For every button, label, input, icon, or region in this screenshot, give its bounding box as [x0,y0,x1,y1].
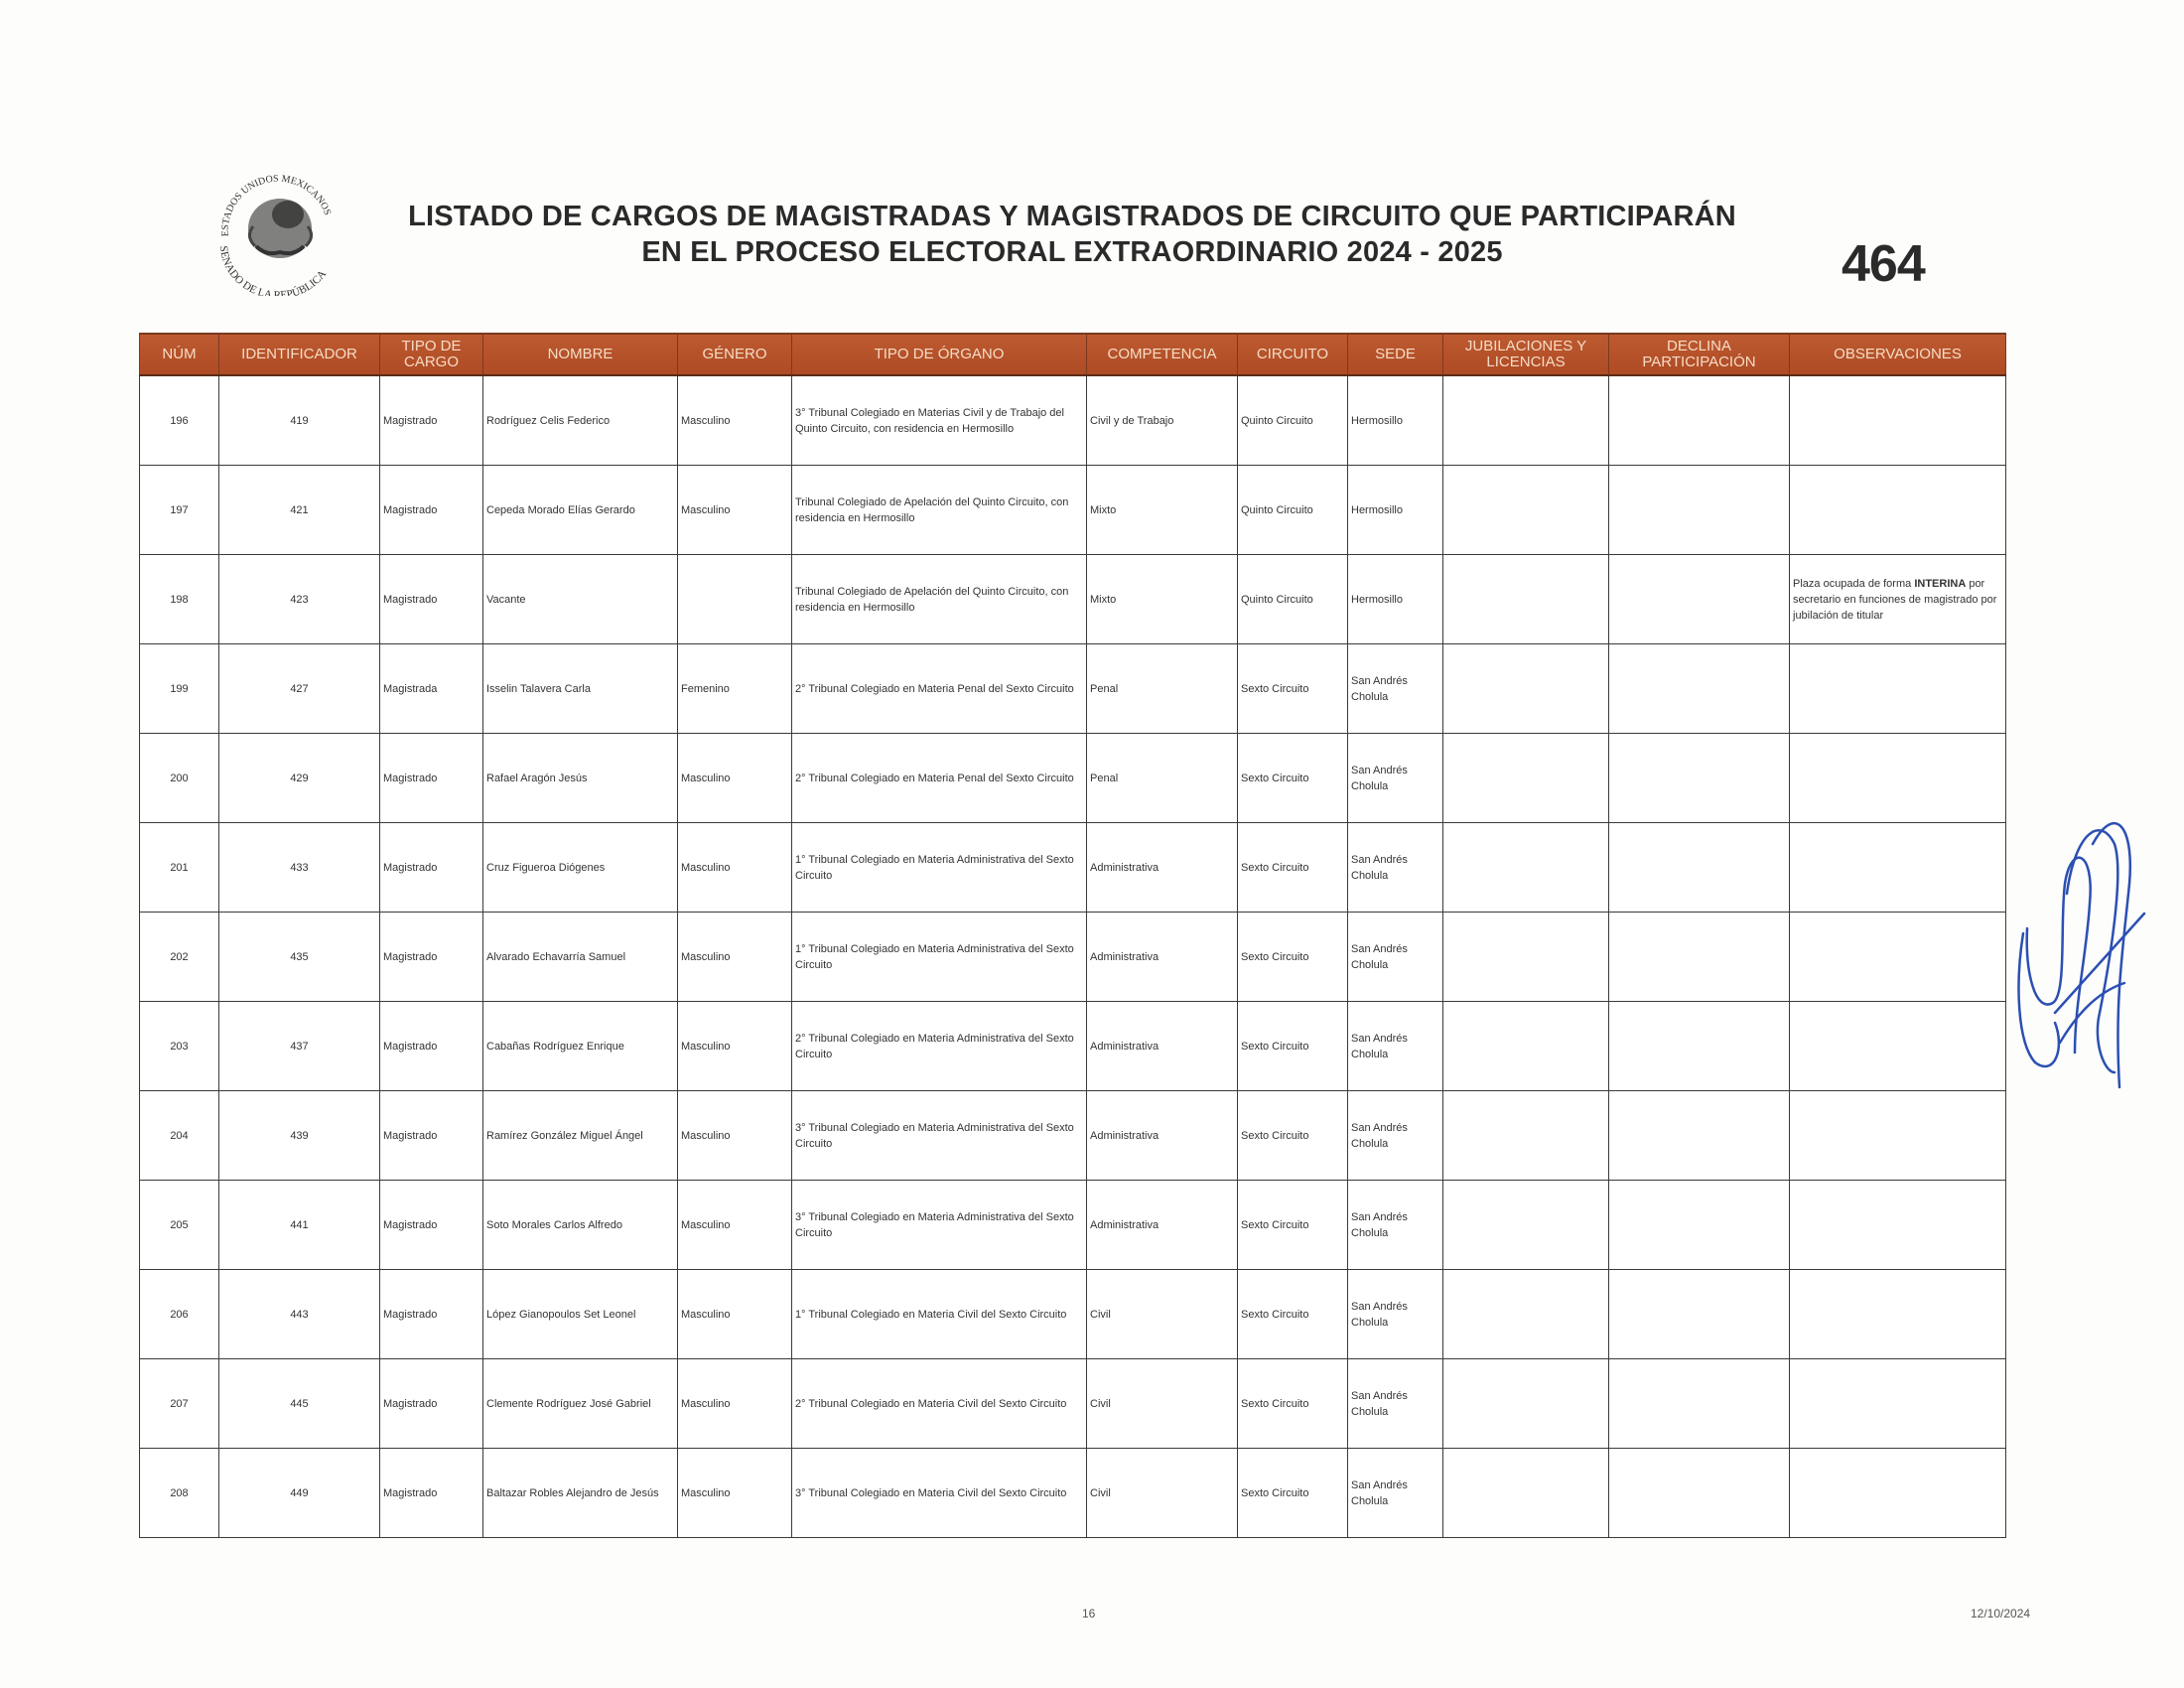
magistrates-table: NÚM IDENTIFICADOR TIPO DE CARGO NOMBRE G… [139,333,2006,1538]
cell-sede: San Andrés Cholula [1348,734,1443,823]
col-header-declina: DECLINA PARTICIPACIÓN [1609,334,1790,375]
cell-sede: Hermosillo [1348,466,1443,555]
cell-observaciones [1790,375,2006,466]
cell-nombre: Cruz Figueroa Diógenes [483,823,678,913]
col-header-tipo-organo: TIPO DE ÓRGANO [792,334,1087,375]
cell-competencia: Administrativa [1087,1002,1238,1091]
table-header-row: NÚM IDENTIFICADOR TIPO DE CARGO NOMBRE G… [140,334,2006,375]
cell-nombre: Alvarado Echavarría Samuel [483,913,678,1002]
cell-sede: San Andrés Cholula [1348,1181,1443,1270]
col-header-tipo-cargo: TIPO DE CARGO [380,334,483,375]
cell-observaciones [1790,1270,2006,1359]
table-row: 203 437 Magistrado Cabañas Rodríguez Enr… [140,1002,2006,1091]
table-body: 196 419 Magistrado Rodríguez Celis Feder… [140,375,2006,1538]
cell-cargo: Magistrado [380,1002,483,1091]
cell-nombre-vacante: Vacante [483,555,678,644]
cell-observaciones [1790,1091,2006,1181]
cell-num: 203 [140,1002,219,1091]
cell-genero: Masculino [678,1359,792,1449]
title-line-2: EN EL PROCESO ELECTORAL EXTRAORDINARIO 2… [357,234,1787,270]
cell-observaciones [1790,1359,2006,1449]
cell-nombre: Cabañas Rodríguez Enrique [483,1002,678,1091]
cell-num: 198 [140,555,219,644]
col-header-num: NÚM [140,334,219,375]
cell-num: 201 [140,823,219,913]
cell-genero [678,555,792,644]
cell-sede: San Andrés Cholula [1348,1091,1443,1181]
cell-declina [1609,1091,1790,1181]
col-header-sede: SEDE [1348,334,1443,375]
cell-declina [1609,1002,1790,1091]
cell-observaciones [1790,823,2006,913]
cell-sede: Hermosillo [1348,555,1443,644]
cell-nombre: Rafael Aragón Jesús [483,734,678,823]
cell-sede: San Andrés Cholula [1348,913,1443,1002]
senate-seal-icon: ESTADOS UNIDOS MEXICANOS SENADO DE LA RE… [199,167,357,296]
cell-jubilaciones [1443,823,1609,913]
cell-declina [1609,555,1790,644]
table-row: 204 439 Magistrado Ramírez González Migu… [140,1091,2006,1181]
cell-organo: 3° Tribunal Colegiado en Materia Adminis… [792,1181,1087,1270]
cell-circuito: Quinto Circuito [1238,466,1348,555]
cell-genero: Masculino [678,1091,792,1181]
table-row: 201 433 Magistrado Cruz Figueroa Diógene… [140,823,2006,913]
cell-competencia: Penal [1087,734,1238,823]
cell-circuito: Sexto Circuito [1238,1091,1348,1181]
cell-identificador: 419 [219,375,380,466]
cell-jubilaciones [1443,734,1609,823]
cell-identificador: 435 [219,913,380,1002]
obs-text-pre: Plaza ocupada de forma [1793,578,1914,590]
cell-observaciones [1790,1181,2006,1270]
cell-jubilaciones [1443,1002,1609,1091]
cell-competencia: Civil [1087,1270,1238,1359]
table-row: 202 435 Magistrado Alvarado Echavarría S… [140,913,2006,1002]
cell-genero: Masculino [678,1449,792,1538]
cell-cargo: Magistrado [380,1270,483,1359]
cell-organo: 2° Tribunal Colegiado en Materia Penal d… [792,734,1087,823]
table-row: 200 429 Magistrado Rafael Aragón Jesús M… [140,734,2006,823]
cell-nombre: Cepeda Morado Elías Gerardo [483,466,678,555]
cell-cargo: Magistrado [380,1449,483,1538]
cell-declina [1609,823,1790,913]
cell-jubilaciones [1443,466,1609,555]
cell-genero: Masculino [678,375,792,466]
table-row: 199 427 Magistrada Isselin Talavera Carl… [140,644,2006,734]
cell-circuito: Sexto Circuito [1238,1181,1348,1270]
cell-jubilaciones [1443,913,1609,1002]
obs-text-bold: INTERINA [1914,578,1966,590]
title-line-1: LISTADO DE CARGOS DE MAGISTRADAS Y MAGIS… [357,199,1787,234]
cell-circuito: Sexto Circuito [1238,1270,1348,1359]
cell-sede: Hermosillo [1348,375,1443,466]
cell-identificador: 441 [219,1181,380,1270]
cell-observaciones [1790,644,2006,734]
cell-observaciones [1790,913,2006,1002]
cell-identificador: 449 [219,1449,380,1538]
cell-nombre: López Gianopoulos Set Leonel [483,1270,678,1359]
cell-genero: Masculino [678,466,792,555]
cell-num: 205 [140,1181,219,1270]
cell-identificador: 437 [219,1002,380,1091]
cell-declina [1609,913,1790,1002]
cell-organo: 2° Tribunal Colegiado en Materia Penal d… [792,644,1087,734]
cell-identificador: 429 [219,734,380,823]
cell-declina [1609,375,1790,466]
cell-organo: 2° Tribunal Colegiado en Materia Adminis… [792,1002,1087,1091]
cell-identificador: 439 [219,1091,380,1181]
cell-num: 200 [140,734,219,823]
col-header-genero: GÉNERO [678,334,792,375]
cell-competencia: Mixto [1087,555,1238,644]
cell-nombre: Isselin Talavera Carla [483,644,678,734]
col-header-observaciones: OBSERVACIONES [1790,334,2006,375]
cell-num: 204 [140,1091,219,1181]
cell-jubilaciones [1443,375,1609,466]
table-row: 198 423 Magistrado Vacante Tribunal Cole… [140,555,2006,644]
page-number: 16 [1082,1607,1095,1620]
cell-cargo: Magistrado [380,1091,483,1181]
cell-identificador: 433 [219,823,380,913]
document-date: 12/10/2024 [1971,1607,2030,1620]
cell-cargo: Magistrado [380,823,483,913]
cell-num: 207 [140,1359,219,1449]
cell-num: 196 [140,375,219,466]
cell-declina [1609,466,1790,555]
cell-declina [1609,1181,1790,1270]
cell-circuito: Sexto Circuito [1238,1449,1348,1538]
cell-observaciones: Plaza ocupada de forma INTERINA por secr… [1790,555,2006,644]
table-row: 207 445 Magistrado Clemente Rodríguez Jo… [140,1359,2006,1449]
cell-genero: Masculino [678,1002,792,1091]
cell-circuito: Sexto Circuito [1238,734,1348,823]
cell-sede: San Andrés Cholula [1348,644,1443,734]
col-header-circuito: CIRCUITO [1238,334,1348,375]
cell-cargo: Magistrado [380,1181,483,1270]
table-row: 196 419 Magistrado Rodríguez Celis Feder… [140,375,2006,466]
cell-circuito: Sexto Circuito [1238,823,1348,913]
cell-jubilaciones [1443,1270,1609,1359]
signature-mark [2005,804,2154,1092]
cell-identificador: 445 [219,1359,380,1449]
cell-organo: Tribunal Colegiado de Apelación del Quin… [792,555,1087,644]
cell-circuito: Sexto Circuito [1238,1359,1348,1449]
cell-genero: Masculino [678,823,792,913]
cell-declina [1609,1270,1790,1359]
cell-organo: 3° Tribunal Colegiado en Materias Civil … [792,375,1087,466]
cell-competencia: Civil [1087,1359,1238,1449]
cell-organo: 1° Tribunal Colegiado en Materia Adminis… [792,913,1087,1002]
cell-organo: 1° Tribunal Colegiado en Materia Adminis… [792,823,1087,913]
cell-organo: 2° Tribunal Colegiado en Materia Civil d… [792,1359,1087,1449]
cell-cargo: Magistrado [380,375,483,466]
cell-genero: Masculino [678,734,792,823]
cell-cargo: Magistrada [380,644,483,734]
cell-identificador: 421 [219,466,380,555]
cell-observaciones [1790,1449,2006,1538]
cell-competencia: Administrativa [1087,1091,1238,1181]
cell-jubilaciones [1443,1359,1609,1449]
cell-sede: San Andrés Cholula [1348,1449,1443,1538]
document-title: LISTADO DE CARGOS DE MAGISTRADAS Y MAGIS… [357,199,1787,270]
cell-observaciones [1790,466,2006,555]
cell-nombre: Baltazar Robles Alejandro de Jesús [483,1449,678,1538]
cell-num: 208 [140,1449,219,1538]
cell-sede: San Andrés Cholula [1348,1002,1443,1091]
cell-declina [1609,1359,1790,1449]
cell-sede: San Andrés Cholula [1348,1270,1443,1359]
cell-identificador: 423 [219,555,380,644]
page-code: 464 [1842,234,1925,294]
cell-organo: 1° Tribunal Colegiado en Materia Civil d… [792,1270,1087,1359]
cell-jubilaciones [1443,644,1609,734]
col-header-nombre: NOMBRE [483,334,678,375]
cell-competencia: Civil [1087,1449,1238,1538]
col-header-identificador: IDENTIFICADOR [219,334,380,375]
cell-nombre: Rodríguez Celis Federico [483,375,678,466]
cell-competencia: Civil y de Trabajo [1087,375,1238,466]
cell-circuito: Quinto Circuito [1238,555,1348,644]
cell-cargo: Magistrado [380,555,483,644]
cell-num: 206 [140,1270,219,1359]
col-header-competencia: COMPETENCIA [1087,334,1238,375]
cell-circuito: Quinto Circuito [1238,375,1348,466]
cell-organo: Tribunal Colegiado de Apelación del Quin… [792,466,1087,555]
cell-circuito: Sexto Circuito [1238,1002,1348,1091]
cell-declina [1609,1449,1790,1538]
cell-nombre: Ramírez González Miguel Ángel [483,1091,678,1181]
cell-competencia: Administrativa [1087,1181,1238,1270]
cell-cargo: Magistrado [380,913,483,1002]
cell-circuito: Sexto Circuito [1238,913,1348,1002]
cell-competencia: Mixto [1087,466,1238,555]
cell-nombre: Soto Morales Carlos Alfredo [483,1181,678,1270]
cell-identificador: 443 [219,1270,380,1359]
table-row: 206 443 Magistrado López Gianopoulos Set… [140,1270,2006,1359]
cell-observaciones [1790,1002,2006,1091]
cell-competencia: Administrativa [1087,913,1238,1002]
table-row: 197 421 Magistrado Cepeda Morado Elías G… [140,466,2006,555]
cell-jubilaciones [1443,1181,1609,1270]
cell-genero: Masculino [678,1181,792,1270]
cell-jubilaciones [1443,1449,1609,1538]
cell-cargo: Magistrado [380,466,483,555]
cell-circuito: Sexto Circuito [1238,644,1348,734]
cell-genero: Masculino [678,1270,792,1359]
cell-cargo: Magistrado [380,734,483,823]
cell-declina [1609,734,1790,823]
cell-jubilaciones [1443,555,1609,644]
cell-num: 202 [140,913,219,1002]
cell-nombre: Clemente Rodríguez José Gabriel [483,1359,678,1449]
cell-num: 197 [140,466,219,555]
cell-competencia: Administrativa [1087,823,1238,913]
cell-num: 199 [140,644,219,734]
cell-declina [1609,644,1790,734]
cell-identificador: 427 [219,644,380,734]
table-row: 208 449 Magistrado Baltazar Robles Aleja… [140,1449,2006,1538]
col-header-jubilaciones: JUBILACIONES Y LICENCIAS [1443,334,1609,375]
cell-sede: San Andrés Cholula [1348,1359,1443,1449]
cell-genero: Femenino [678,644,792,734]
cell-organo: 3° Tribunal Colegiado en Materia Civil d… [792,1449,1087,1538]
table-row: 205 441 Magistrado Soto Morales Carlos A… [140,1181,2006,1270]
cell-jubilaciones [1443,1091,1609,1181]
cell-competencia: Penal [1087,644,1238,734]
cell-sede: San Andrés Cholula [1348,823,1443,913]
cell-observaciones [1790,734,2006,823]
cell-genero: Masculino [678,913,792,1002]
cell-cargo: Magistrado [380,1359,483,1449]
cell-organo: 3° Tribunal Colegiado en Materia Adminis… [792,1091,1087,1181]
